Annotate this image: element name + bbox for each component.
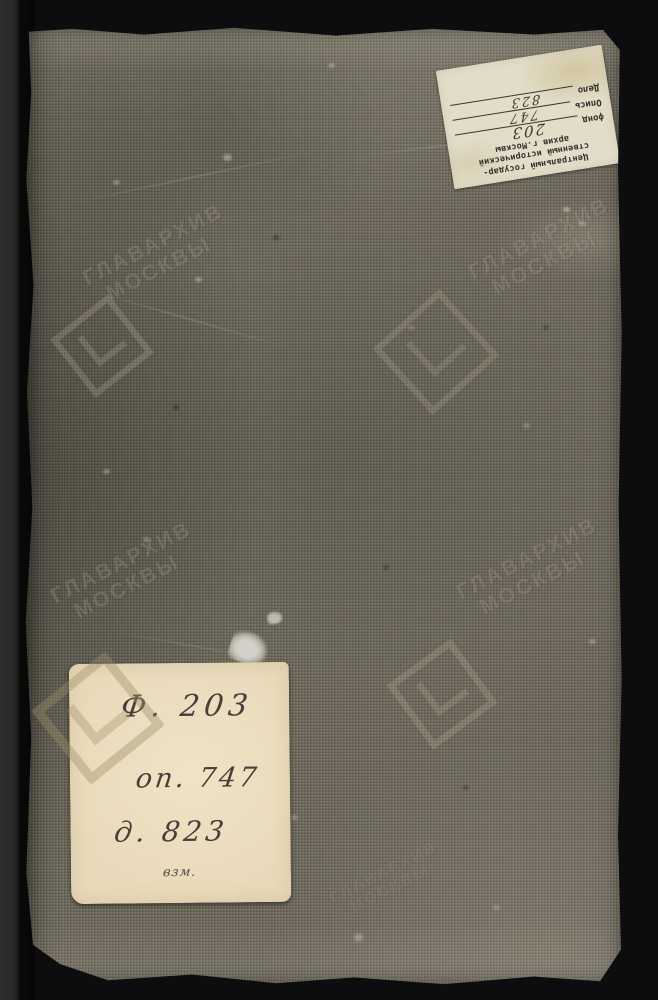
archive-stamp-content: Центральный государ- ственный историческ…	[436, 45, 621, 190]
stamp-field-label: фонд	[582, 111, 605, 123]
paint-fleck	[266, 610, 284, 626]
stamp-field-label: Опись	[574, 97, 602, 110]
catalog-note-handwritten: взм.	[162, 865, 198, 880]
scanner-edge-strip	[0, 0, 19, 1000]
archive-watermark-logo-icon	[25, 645, 170, 790]
watermark-text: ГЛАВАРХИВ МОСКВЫ	[466, 193, 625, 305]
stamp-field-label: Дело	[577, 82, 600, 94]
fabric-crease	[67, 149, 322, 205]
archive-watermark-logo-icon	[369, 285, 504, 420]
watermark-text: ГЛАВАРХИВ МОСКВЫ	[48, 517, 207, 629]
archive-stamp-label: Центральный государ- ственный историческ…	[436, 45, 621, 190]
catalog-delo-handwritten: д. 823	[112, 814, 229, 848]
watermark-text: ГЛАВАРХИВ МОСКВЫ	[454, 513, 613, 625]
archive-watermark-logo-icon	[378, 630, 506, 758]
watermark-text: ГЛАВАРХИВ МОСКВЫ	[329, 839, 450, 923]
scan-background: ГЛАВАРХИВ МОСКВЫ ГЛАВАРХИВ МОСКВЫ ГЛАВАР…	[0, 0, 658, 1000]
archive-watermark-logo-icon	[44, 288, 160, 404]
book-cover: ГЛАВАРХИВ МОСКВЫ ГЛАВАРХИВ МОСКВЫ ГЛАВАР…	[24, 26, 624, 988]
